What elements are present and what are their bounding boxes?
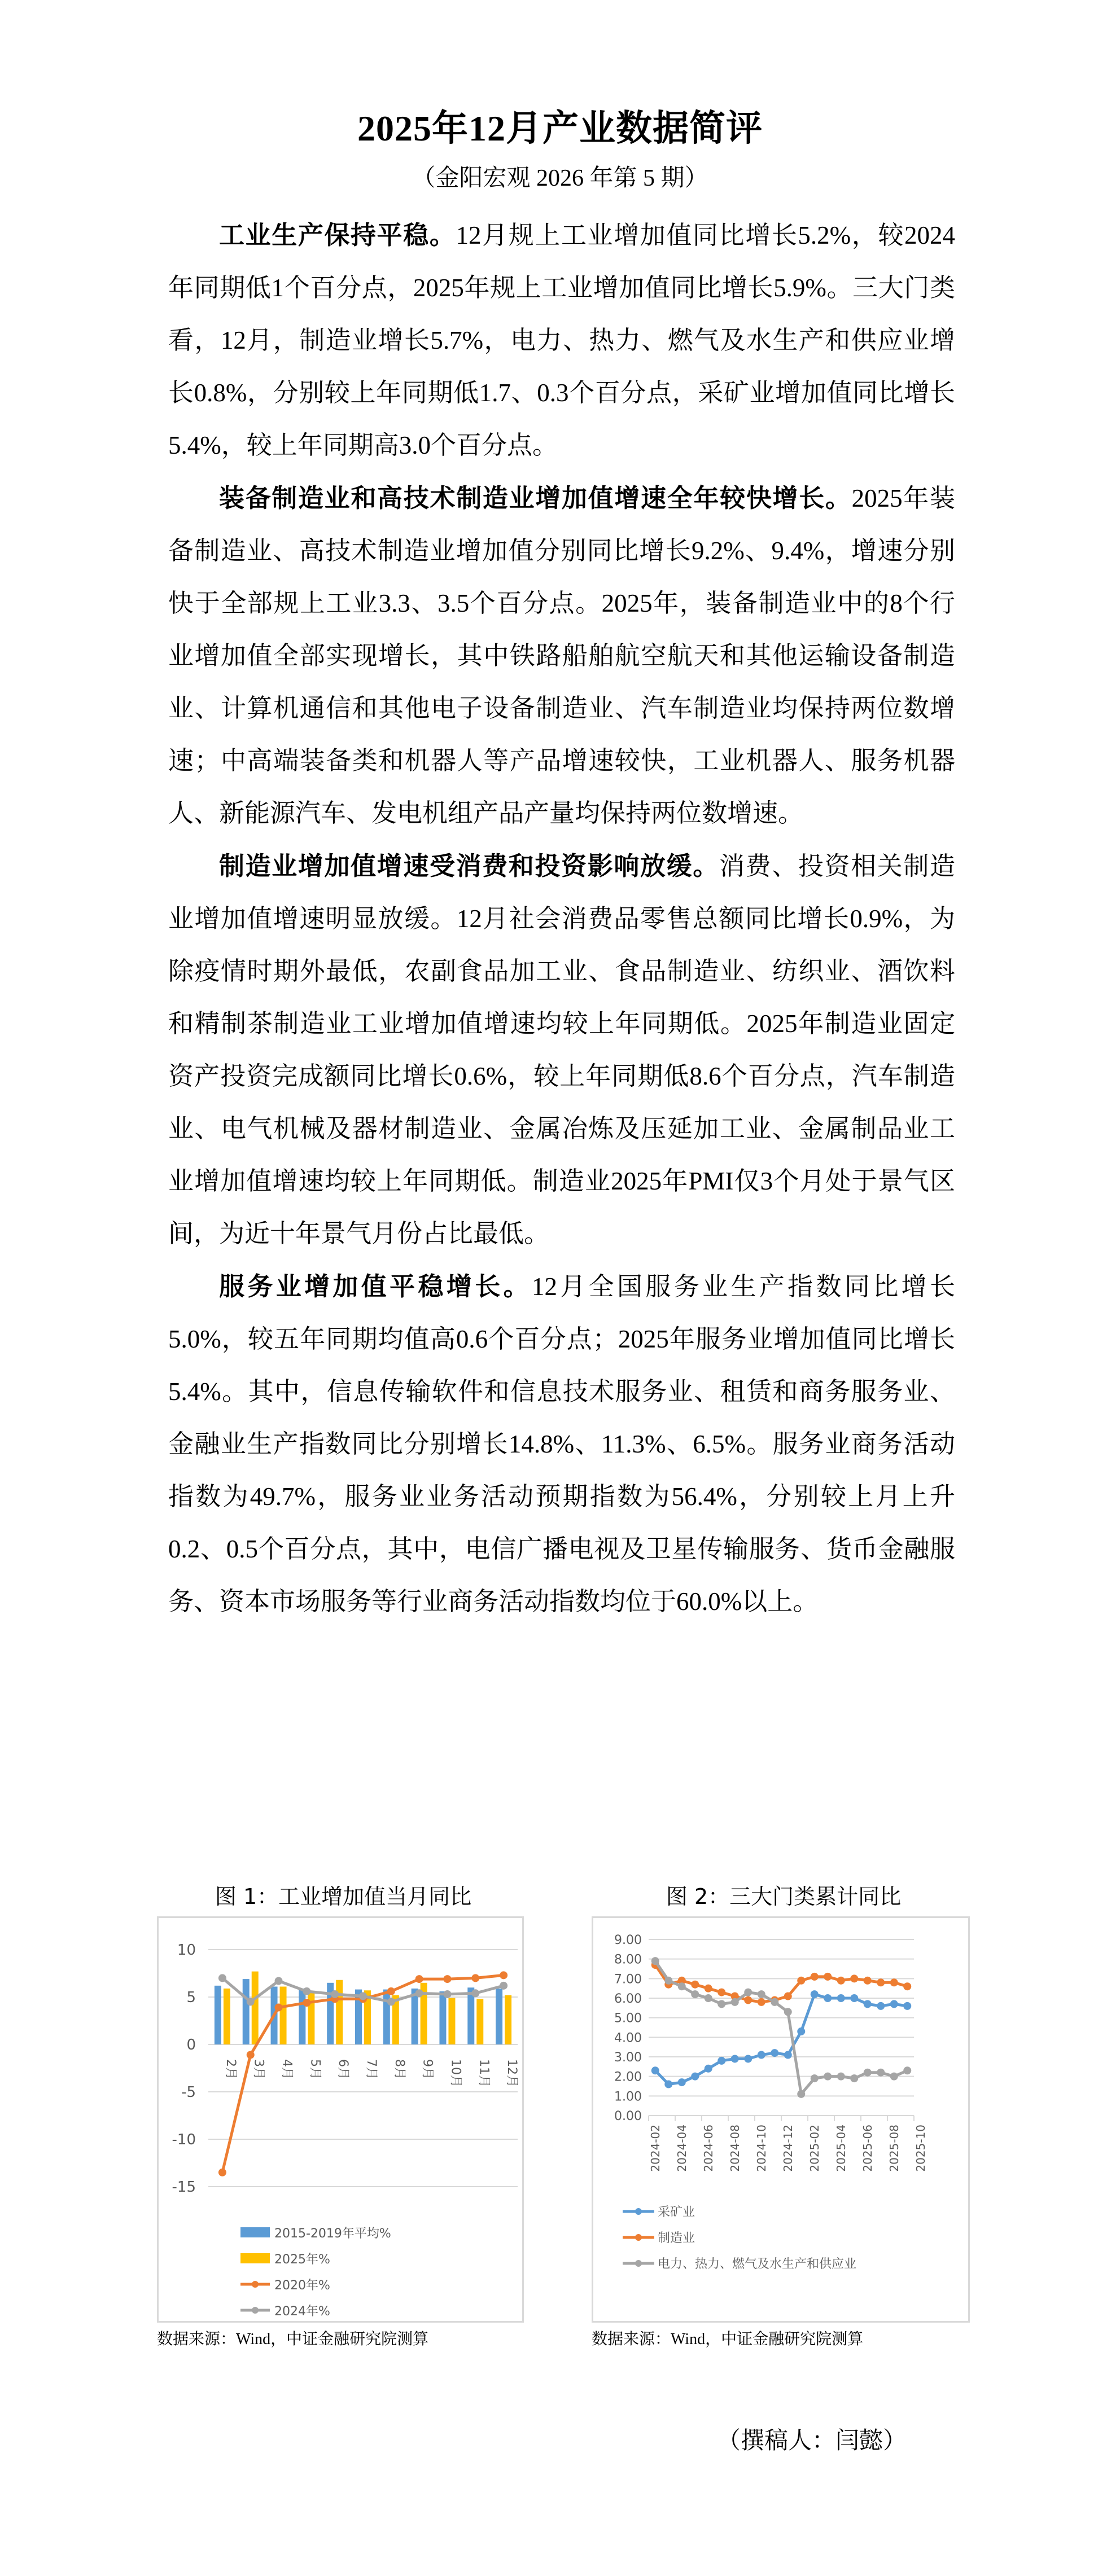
- data-point: [850, 1994, 858, 2002]
- data-point: [890, 2000, 898, 2008]
- data-point: [797, 1977, 805, 1985]
- legend-label: 制造业: [658, 2231, 695, 2245]
- y-tick-label: 2.00: [614, 2070, 642, 2085]
- data-point: [718, 2000, 725, 2008]
- data-point: [903, 2066, 911, 2074]
- data-point: [500, 1982, 508, 1990]
- bar: [439, 1991, 446, 2044]
- legend-label: 2020年%: [274, 2279, 330, 2293]
- data-point: [678, 2078, 686, 2086]
- legend-label: 电力、热力、燃气及水生产和供应业: [658, 2257, 856, 2271]
- y-tick-label: 0: [186, 2037, 196, 2053]
- paragraph-manufacturing-slowdown: 制造业增加值增速受消费和投资影响放缓。消费、投资相关制造业增加值增速明显放缓。1…: [168, 840, 955, 1260]
- bar: [412, 1989, 418, 2044]
- data-point: [864, 2069, 872, 2077]
- y-tick-label: 10: [177, 1942, 196, 1959]
- bar: [243, 1979, 250, 2044]
- data-point: [824, 1994, 832, 2002]
- figure-1-source: 数据来源：Wind，中证金融研究院测算: [157, 2329, 428, 2350]
- data-point: [275, 1977, 283, 1985]
- data-point: [877, 1978, 885, 1986]
- figure-2-chart-frame: 9.008.007.006.005.004.003.002.001.000.00…: [592, 1916, 970, 2323]
- x-tick-label: 10月: [448, 2059, 462, 2087]
- paragraph-lead: 服务业增加值平稳增长。: [219, 1271, 532, 1301]
- y-tick-label: -5: [181, 2084, 196, 2101]
- legend-label: 2024年%: [274, 2305, 330, 2319]
- data-point: [500, 1971, 508, 1979]
- data-point: [837, 1994, 845, 2002]
- data-point: [811, 1973, 819, 1981]
- bar: [336, 1980, 343, 2044]
- data-point: [864, 1977, 872, 1985]
- legend-label: 2025年%: [274, 2253, 330, 2267]
- figure-1: 图 1：工业增加值当月同比 1050-5-10-152月3月4月5月6月7月8月…: [157, 1882, 530, 2351]
- y-tick-label: 4.00: [614, 2031, 642, 2045]
- data-point: [864, 2000, 872, 2008]
- data-point: [824, 1973, 832, 1981]
- data-point: [758, 1998, 765, 2006]
- y-tick-label: 7.00: [614, 1972, 642, 1986]
- data-point: [877, 2002, 885, 2010]
- data-point: [850, 2074, 858, 2082]
- figure-2-chart: 9.008.007.006.005.004.003.002.001.000.00…: [593, 1918, 968, 2321]
- data-point: [744, 1989, 752, 1996]
- data-point: [415, 1989, 423, 1997]
- x-tick-label: 2025-04: [834, 2125, 848, 2172]
- y-tick-label: 5.00: [614, 2012, 642, 2026]
- bar: [280, 1987, 287, 2044]
- data-point: [247, 1998, 255, 2005]
- x-tick-label: 12月: [505, 2059, 519, 2087]
- data-point: [731, 1998, 739, 2006]
- data-point: [443, 1975, 451, 1983]
- data-point: [784, 2008, 792, 2016]
- paragraph-services: 服务业增加值平稳增长。12月全国服务业生产指数同比增长5.0%，较五年同期均值高…: [168, 1260, 955, 1628]
- data-point: [471, 1989, 479, 1997]
- data-point: [797, 2028, 805, 2035]
- legend-marker: [252, 2307, 259, 2314]
- data-point: [744, 1996, 752, 2004]
- y-tick-label: 5: [186, 1989, 196, 2006]
- legend-label: 采矿业: [658, 2205, 695, 2219]
- x-tick-label: 11月: [476, 2059, 491, 2087]
- data-point: [784, 2051, 792, 2059]
- data-point: [890, 2073, 898, 2081]
- y-tick-label: -10: [172, 2131, 196, 2148]
- data-point: [664, 2081, 672, 2088]
- data-point: [705, 1994, 712, 2002]
- figure-1-chart-frame: 1050-5-10-152月3月4月5月6月7月8月9月10月11月12月201…: [157, 1916, 524, 2323]
- data-point: [903, 2002, 911, 2010]
- data-point: [331, 1990, 339, 1998]
- legend-marker: [635, 2208, 642, 2215]
- x-tick-label: 2025-10: [914, 2125, 928, 2172]
- data-point: [744, 2055, 752, 2062]
- data-point: [811, 1990, 819, 1998]
- data-point: [877, 2069, 885, 2077]
- data-point: [359, 1992, 367, 2000]
- x-tick-label: 2025-08: [887, 2125, 901, 2172]
- report-page: 2025年12月产业数据简评 （金阳宏观 2026 年第 5 期） 工业生产保持…: [0, 0, 1120, 2576]
- page-subtitle: （金阳宏观 2026 年第 5 期）: [0, 163, 1120, 194]
- data-point: [387, 1987, 395, 1995]
- legend-marker: [635, 2234, 642, 2241]
- data-point: [758, 1990, 765, 1998]
- bar: [496, 1989, 502, 2044]
- bar: [505, 1995, 511, 2044]
- data-point: [247, 2051, 255, 2059]
- figure-2-title: 图 2：三大门类累计同比: [592, 1882, 975, 1911]
- x-tick-label: 2024-06: [702, 2125, 715, 2172]
- x-tick-label: 2024-02: [649, 2125, 662, 2172]
- x-tick-label: 2月: [224, 2059, 238, 2079]
- data-point: [718, 1989, 725, 1996]
- data-point: [387, 1998, 395, 2005]
- data-point: [651, 1957, 659, 1965]
- x-tick-label: 8月: [392, 2059, 406, 2079]
- bar: [299, 1989, 305, 2044]
- paragraph-equipment-manufacturing: 装备制造业和高技术制造业增加值增速全年较快增长。2025年装备制造业、高技术制造…: [168, 472, 955, 840]
- data-point: [705, 2065, 712, 2073]
- data-point: [784, 1993, 792, 2000]
- figure-1-chart: 1050-5-10-152月3月4月5月6月7月8月9月10月11月12月201…: [159, 1918, 522, 2321]
- data-point: [691, 1981, 699, 1989]
- paragraph-text: 12月规上工业增加值同比增长5.2%，较2024年同期低1个百分点，2025年规…: [168, 221, 955, 459]
- bar: [252, 1972, 259, 2044]
- y-tick-label: 6.00: [614, 1992, 642, 2006]
- figure-2-source: 数据来源：Wind，中证金融研究院测算: [592, 2329, 863, 2350]
- x-tick-label: 2024-08: [728, 2125, 742, 2172]
- x-tick-label: 4月: [280, 2059, 294, 2079]
- data-point: [705, 1985, 712, 1993]
- x-tick-label: 5月: [308, 2059, 322, 2079]
- y-tick-label: 3.00: [614, 2051, 642, 2065]
- y-tick-label: 8.00: [614, 1953, 642, 1967]
- legend-marker: [635, 2260, 642, 2267]
- bar: [383, 1990, 390, 2044]
- data-point: [718, 2057, 725, 2065]
- data-point: [303, 1987, 310, 1995]
- data-point: [837, 1977, 845, 1985]
- author-credit: （撰稿人：闫懿）: [717, 2425, 907, 2457]
- data-point: [903, 1982, 911, 1990]
- bar: [215, 1986, 221, 2044]
- data-point: [691, 1990, 699, 1998]
- paragraph-lead: 制造业增加值增速受消费和投资影响放缓。: [219, 851, 719, 881]
- data-point: [678, 1982, 686, 1990]
- paragraph-industrial-production: 工业生产保持平稳。12月规上工业增加值同比增长5.2%，较2024年同期低1个百…: [168, 209, 955, 472]
- legend-swatch: [240, 2253, 270, 2263]
- page-title: 2025年12月产业数据简评: [0, 106, 1120, 151]
- data-point: [275, 2003, 283, 2011]
- x-tick-label: 2025-06: [861, 2125, 874, 2172]
- x-tick-label: 3月: [252, 2059, 266, 2079]
- bar: [224, 1989, 230, 2044]
- data-point: [771, 2049, 778, 2057]
- data-point: [811, 2074, 819, 2082]
- paragraph-text: 消费、投资相关制造业增加值增速明显放缓。12月社会消费品零售总额同比增长0.9%…: [168, 852, 955, 1248]
- x-tick-label: 6月: [336, 2059, 350, 2079]
- bar: [448, 1998, 455, 2044]
- x-tick-label: 9月: [421, 2059, 435, 2079]
- data-point: [758, 2051, 765, 2059]
- data-point: [797, 2090, 805, 2098]
- figure-1-title: 图 1：工业增加值当月同比: [157, 1882, 530, 1911]
- data-point: [691, 2073, 699, 2081]
- data-point: [824, 2073, 832, 2081]
- x-tick-label: 2024-04: [675, 2125, 689, 2172]
- data-point: [303, 1999, 310, 2007]
- bar: [476, 1999, 483, 2044]
- data-point: [837, 2073, 845, 2081]
- y-tick-label: 1.00: [614, 2090, 642, 2104]
- data-point: [771, 1998, 778, 2006]
- data-point: [415, 1975, 423, 1983]
- y-tick-label: -15: [172, 2179, 196, 2196]
- x-tick-label: 7月: [364, 2059, 378, 2079]
- data-point: [218, 2169, 226, 2176]
- data-point: [218, 1974, 226, 1982]
- legend-label: 2015-2019年平均%: [274, 2227, 391, 2241]
- paragraph-lead: 工业生产保持平稳。: [219, 220, 456, 250]
- data-point: [664, 1977, 672, 1985]
- x-tick-label: 2025-02: [808, 2125, 821, 2172]
- paragraph-lead: 装备制造业和高技术制造业增加值增速全年较快增长。: [219, 483, 852, 513]
- x-tick-label: 2024-10: [755, 2125, 768, 2172]
- data-point: [651, 2066, 659, 2074]
- data-point: [731, 2055, 739, 2062]
- x-tick-label: 2024-12: [781, 2125, 795, 2172]
- data-point: [850, 1974, 858, 1982]
- report-body: 工业生产保持平稳。12月规上工业增加值同比增长5.2%，较2024年同期低1个百…: [168, 209, 955, 1628]
- data-point: [890, 1978, 898, 1986]
- y-tick-label: 9.00: [614, 1933, 642, 1947]
- data-point: [471, 1974, 479, 1982]
- legend-swatch: [240, 2227, 270, 2237]
- y-tick-label: 0.00: [614, 2109, 642, 2123]
- figure-2: 图 2：三大门类累计同比 9.008.007.006.005.004.003.0…: [592, 1882, 975, 2351]
- paragraph-text: 2025年装备制造业、高技术制造业增加值分别同比增长9.2%、9.4%，增速分别…: [168, 484, 955, 827]
- data-point: [443, 1990, 451, 1998]
- paragraph-text: 12月全国服务业生产指数同比增长5.0%，较五年同期均值高0.6个百分点；202…: [168, 1272, 955, 1616]
- legend-marker: [252, 2281, 259, 2288]
